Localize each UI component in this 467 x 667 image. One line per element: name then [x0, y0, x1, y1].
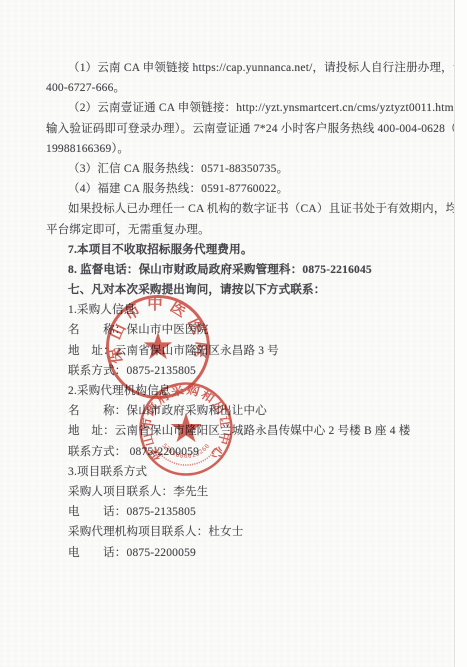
document-line: 2.采购代理机构信息: [46, 381, 448, 401]
document-line: 平台绑定即可，无需重复办理。: [46, 220, 448, 240]
document-line: 1.采购人信息: [46, 300, 448, 320]
document-line: 8. 监督电话：保山市财政局政府采购管理科：0875-2216045: [46, 260, 448, 280]
document-line: 名 称：保山市中医医院: [46, 320, 448, 340]
document-line: （1）云南 CA 申领链接 https://cap.yunnanca.net/，…: [46, 58, 448, 78]
document-line: 7.本项目不收取招标服务代理费用。: [46, 240, 448, 260]
document-line: 七、凡对本次采购提出询问，请按以下方式联系：: [46, 280, 448, 300]
document-line: 电 话：0875-2200059: [46, 543, 448, 563]
document-line: 名 称：保山市政府采购和出让中心: [46, 401, 448, 421]
scan-page-edge: [454, 0, 455, 667]
document-line: 3.项目联系方式: [46, 462, 448, 482]
document-line: 19988166369）。: [46, 139, 448, 159]
document-line: 如果投标人已办理任一 CA 机构的数字证书（CA）且证书处于有效期内，均可直接在…: [46, 199, 448, 219]
document-line: （4）福建 CA 服务热线：0591-87760022。: [46, 179, 448, 199]
document-line: 地 址：云南省保山市隆阳区永昌路 3 号: [46, 341, 448, 361]
document-line: 地 址：云南省保山市隆阳区兰城路永昌传媒中心 2 号楼 B 座 4 楼: [46, 421, 448, 441]
document-line: 400-6727-666。: [46, 78, 448, 98]
document-line: （3）汇信 CA 服务热线：0571-88350735。: [46, 159, 448, 179]
document-line: 联系方式：0875-2135805: [46, 361, 448, 381]
document-line: 采购人项目联系人：李先生: [46, 482, 448, 502]
document-line: 联系方式： 0875-2200059: [46, 442, 448, 462]
scan-margin-strip: [455, 0, 467, 667]
document-body: （1）云南 CA 申领链接 https://cap.yunnanca.net/，…: [46, 58, 448, 563]
document-line: 电 话：0875-2135805: [46, 502, 448, 522]
document-line: 采购代理机构项目联系人：杜女士: [46, 522, 448, 542]
document-line: 输入验证码即可登录办理）。云南壹证通 7*24 小时客户服务热线 400-004…: [46, 119, 448, 139]
scanned-document-page: （1）云南 CA 申领链接 https://cap.yunnanca.net/，…: [0, 0, 467, 667]
document-line: （2）云南壹证通 CA 申领链接：http://yzt.ynsmartcert.…: [46, 98, 448, 118]
